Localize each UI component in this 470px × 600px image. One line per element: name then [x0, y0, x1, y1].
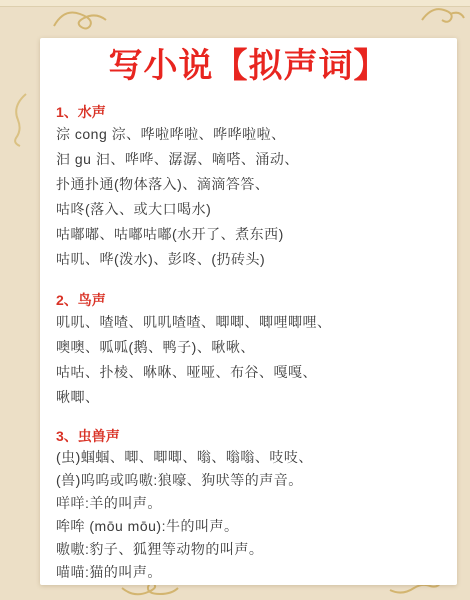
text-line: 咕咕、扑棱、咻咻、哑哑、布谷、嘎嘎、	[50, 360, 447, 385]
section-heading: 1、水声	[50, 102, 447, 122]
section-heading: 3、虫兽声	[50, 426, 447, 446]
text-line: 喵喵:猫的叫声。	[50, 561, 447, 584]
section-bird-sounds: 2、鸟声 叽叽、喳喳、叽叽喳喳、唧唧、唧哩唧哩、 噢噢、呱呱(鹅、鸭子)、啾啾、…	[50, 290, 447, 410]
section-water-sounds: 1、水声 淙 cong 淙、哗啦哗啦、哗哗啦啦、 汩 gu 汩、哗哗、潺潺、嘀嗒…	[50, 102, 447, 272]
text-line: 咩咩:羊的叫声。	[50, 492, 447, 515]
text-line: 汩 gu 汩、哗哗、潺潺、嘀嗒、涌动、	[50, 147, 447, 172]
text-line: 啾唧、	[50, 385, 447, 410]
content-card: 写小说【拟声词】 1、水声 淙 cong 淙、哗啦哗啦、哗哗啦啦、 汩 gu 汩…	[40, 38, 457, 585]
text-line: 叽叽、喳喳、叽叽喳喳、唧唧、唧哩唧哩、	[50, 310, 447, 335]
text-line: (虫)蝈蝈、唧、唧唧、嗡、嗡嗡、吱吱、	[50, 446, 447, 469]
text-line: 哞哞 (mōu mōu):牛的叫声。	[50, 515, 447, 538]
background-top-band	[0, 0, 470, 7]
gold-swirl-top-left-icon	[50, 4, 110, 34]
text-line: 咕咚(落入、或大口喝水)	[50, 197, 447, 222]
gold-swirl-left-icon	[8, 92, 34, 148]
text-line: 淙 cong 淙、哗啦哗啦、哗哗啦啦、	[50, 122, 447, 147]
text-line: 嗷嗷:豹子、狐狸等动物的叫声。	[50, 538, 447, 561]
section-heading: 2、鸟声	[50, 290, 447, 310]
page-title: 写小说【拟声词】	[50, 46, 447, 86]
text-line: 咕叽、哗(泼水)、彭咚、(扔砖头)	[50, 247, 447, 272]
section-insect-beast-sounds: 3、虫兽声 (虫)蝈蝈、唧、唧唧、嗡、嗡嗡、吱吱、 (兽)呜呜或呜嗷:狼嚎、狗吠…	[50, 426, 447, 584]
text-line: (兽)呜呜或呜嗷:狼嚎、狗吠等的声音。	[50, 469, 447, 492]
text-line: 咕嘟嘟、咕嘟咕嘟(水开了、煮东西)	[50, 222, 447, 247]
text-line: 扑通扑通(物体落入)、滴滴答答、	[50, 172, 447, 197]
text-line: 噢噢、呱呱(鹅、鸭子)、啾啾、	[50, 335, 447, 360]
